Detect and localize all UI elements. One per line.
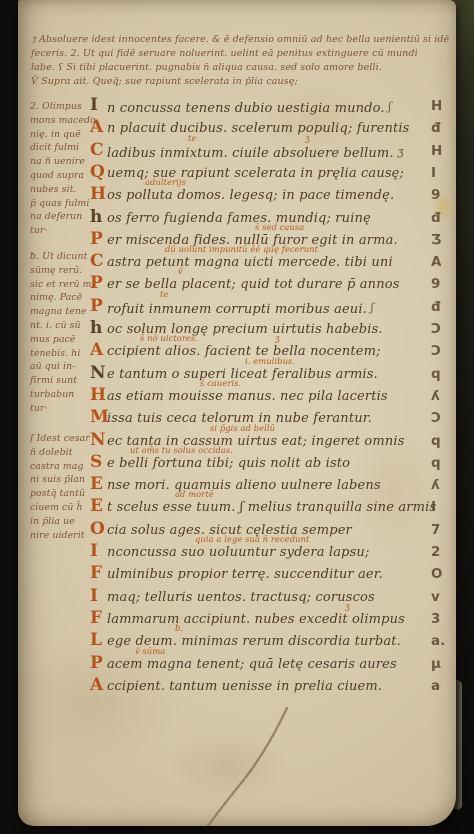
margin-guide-letter: đ [431, 210, 441, 226]
verse-line: Nec tanta in cassum uirtus eat; ingeret … [18, 432, 456, 454]
verse-initial: A [90, 116, 106, 138]
verse-text: lammarum accipiunt. nubes excedit olimpu… [107, 610, 405, 630]
verse-text: as etiam mouisse manus. nec pila lacerti… [107, 387, 388, 407]
verse-initial: M [90, 406, 106, 428]
verse-line: hos ferro fugienda fames. mundiq; ruinęđ [18, 209, 456, 231]
interlinear-gloss: s̄ nō uictores. [140, 333, 198, 343]
background: { "page": { "colors": { "parchment": "#d… [0, 0, 474, 834]
interlinear-gloss: dū uolunt impunitū ēē quę fecerunt [165, 244, 318, 254]
verse-initial: C [90, 250, 106, 272]
verse-line: Castra petunt magna uicti mercede. tibi … [18, 253, 456, 275]
margin-guide-letter: q [431, 366, 441, 382]
interlinear-gloss: s̄ sed causa [255, 222, 304, 232]
verse-initial: N [90, 362, 106, 384]
interlinear-gloss: ut om̄s tu solus occidas. [130, 445, 233, 455]
verse-initial: F [90, 607, 106, 629]
line-end-flourish: ʃ [367, 301, 374, 314]
verse-text: n concussa tenens dubio uestigia mundo. … [107, 97, 391, 119]
interlinear-gloss: ʒ [305, 133, 310, 143]
verse-line: Ense mori. quamuis alieno uulnere labens… [18, 476, 456, 498]
verse-text: nconcussa suo uoluuntur sydera lapsu; [107, 543, 369, 563]
interlinear-gloss: ṽ [178, 266, 183, 276]
verse-line: Has etiam mouisse manus. nec pila lacert… [18, 387, 456, 409]
margin-guide-letter: 9 [431, 276, 440, 292]
line-end-flourish: ʒ [394, 145, 404, 158]
verse-text: ladibus inmixtum. ciuile absoluere bellu… [107, 142, 404, 164]
margin-guide-letter: ʎ [431, 477, 440, 493]
margin-guide-letter: q [431, 455, 441, 471]
verse-text: os polluta domos. legesq; in pace timend… [107, 186, 394, 206]
verse-line: Pacem magna tenent; quā letę cesaris aur… [18, 655, 456, 677]
margin-guide-letter: H [431, 98, 442, 114]
margin-guide-letter: O [431, 566, 442, 582]
verse-text: t scelus esse tuum. ʃ melius tranquilla … [107, 498, 436, 518]
interlinear-gloss: ad mortē [175, 489, 214, 499]
interlinear-gloss: s̄ caueris. [200, 378, 241, 388]
interlinear-gloss: adulterijs [145, 177, 186, 187]
verse-text: maq; telluris uentos. tractusq; coruscos [107, 588, 375, 608]
margin-guide-letter: H [431, 143, 442, 159]
verse-text: er se bella placent; quid tot durare p̄ … [107, 275, 400, 295]
verse-line: Accipient. tantum uenisse in prelia ciue… [18, 677, 456, 699]
verse-line: In concussa tenens dubio uestigia mundo.… [18, 97, 456, 119]
verse-text: ulminibus propior terrę. succenditur aer… [107, 565, 383, 585]
verse-line: Per se bella placent; quid tot durare p̄… [18, 275, 456, 297]
verse-line: Profuit inmunem corrupti moribus aeui. ʃ… [18, 298, 456, 320]
verse-text: acem magna tenent; quā letę cesaris aure… [107, 655, 397, 675]
verse-line: Quemq; sue rapiunt scelerata in pręlia c… [18, 164, 456, 186]
margin-guide-letter: 9 [431, 187, 440, 203]
verse-initial: N [90, 429, 106, 451]
verse-initial: L [90, 629, 106, 651]
verse-line: hoc solum longę precium uirtutis habebis… [18, 320, 456, 342]
verse-lines: In concussa tenens dubio uestigia mundo.… [18, 0, 456, 826]
verse-initial: I [90, 94, 106, 116]
verse-initial: C [90, 139, 106, 161]
margin-guide-letter: a. [431, 633, 445, 649]
interlinear-gloss: ʒ [345, 601, 350, 611]
verse-text: e belli fortuna tibi; quis nolit ab isto [107, 454, 350, 474]
verse-line: Et scelus esse tuum. ʃ melius tranquilla… [18, 498, 456, 520]
verse-line: Lege deum. minimas rerum discordia turba… [18, 632, 456, 654]
margin-guide-letter: A [431, 254, 441, 270]
margin-guide-letter: đ [431, 120, 441, 136]
verse-line: Inconcussa suo uoluuntur sydera lapsu;2 [18, 543, 456, 565]
interlinear-gloss: ƀ. [175, 623, 183, 633]
margin-guide-letter: Ɔ [431, 410, 441, 426]
verse-line: An placuit ducibus. scelerum populiq; fu… [18, 119, 456, 141]
margin-guide-letter: I [431, 499, 436, 515]
margin-guide-letter: 2 [431, 544, 440, 560]
verse-line: Accipient alios. facient te bella nocent… [18, 342, 456, 364]
verse-initial: H [90, 384, 106, 406]
verse-initial: E [90, 473, 106, 495]
verse-initial: Q [90, 161, 106, 183]
verse-text: astra petunt magna uicti mercede. tibi u… [107, 253, 393, 273]
verse-initial: H [90, 183, 106, 205]
margin-guide-letter: ʎ [431, 388, 440, 404]
verse-initial: P [90, 228, 106, 250]
verse-line: Se belli fortuna tibi; quis nolit ab ist… [18, 454, 456, 476]
verse-text: n placuit ducibus. scelerum populiq; fur… [107, 119, 409, 139]
verse-initial: O [90, 518, 106, 540]
verse-text: os ferro fugienda fames. mundiq; ruinę [107, 209, 371, 229]
margin-guide-letter: Ɔ [431, 343, 441, 359]
margin-guide-letter: Ɔ [431, 321, 441, 337]
verse-text: ccipient. tantum uenisse in prelia ciuem… [107, 677, 382, 697]
verse-line: Cladibus inmixtum. ciuile absoluere bell… [18, 142, 456, 164]
interlinear-gloss: te [160, 289, 168, 299]
verse-initial: h [90, 206, 106, 228]
margin-guide-letter: µ [431, 656, 441, 672]
interlinear-gloss: ṽ sūma [135, 646, 165, 656]
margin-guide-letter: I [431, 165, 436, 181]
margin-guide-letter: q [431, 433, 441, 449]
interlinear-gloss: te [188, 133, 196, 143]
verse-initial: A [90, 339, 106, 361]
verse-text: e tantum o superi liceat feralibus armis… [107, 365, 378, 385]
margin-guide-letter: 7 [431, 522, 440, 538]
margin-guide-letter: a [431, 678, 440, 694]
verse-initial: S [90, 451, 106, 473]
verse-line: Imaq; telluris uentos. tractusq; corusco… [18, 588, 456, 610]
line-end-flourish: ʃ [385, 100, 392, 113]
margin-guide-letter: 3 [431, 611, 440, 627]
verse-text: rofuit inmunem corrupti moribus aeui. ʃ [107, 298, 374, 320]
verse-initial: E [90, 495, 106, 517]
interlinear-gloss: ʒ [275, 333, 280, 343]
interlinear-gloss: quia a lege sua n̄ recedunt [195, 534, 309, 544]
manuscript-page: ⁊ Absoluere idest innocentes facere. & ē… [18, 0, 456, 826]
margin-guide-letter: Ʒ [431, 232, 441, 248]
verse-text: nse mori. quamuis alieno uulnere labens [107, 476, 381, 496]
verse-initial: P [90, 652, 106, 674]
verse-initial: P [90, 295, 106, 317]
verse-line: Flammarum accipiunt. nubes excedit olimp… [18, 610, 456, 632]
verse-text: ccipient alios. facient te bella nocente… [107, 342, 381, 362]
verse-line: Hos polluta domos. legesq; in pace timen… [18, 186, 456, 208]
interlinear-gloss: i. emulibus. [245, 356, 295, 366]
verse-line: Fulminibus propior terrę. succenditur ae… [18, 565, 456, 587]
verse-initial: I [90, 540, 106, 562]
verse-initial: A [90, 674, 106, 696]
interlinear-gloss: si p̄gis ad bellū [210, 423, 275, 433]
verse-initial: P [90, 272, 106, 294]
verse-initial: I [90, 585, 106, 607]
verse-initial: F [90, 562, 106, 584]
verse-initial: h [90, 317, 106, 339]
margin-guide-letter: v [431, 589, 440, 605]
margin-guide-letter: đ [431, 299, 441, 315]
